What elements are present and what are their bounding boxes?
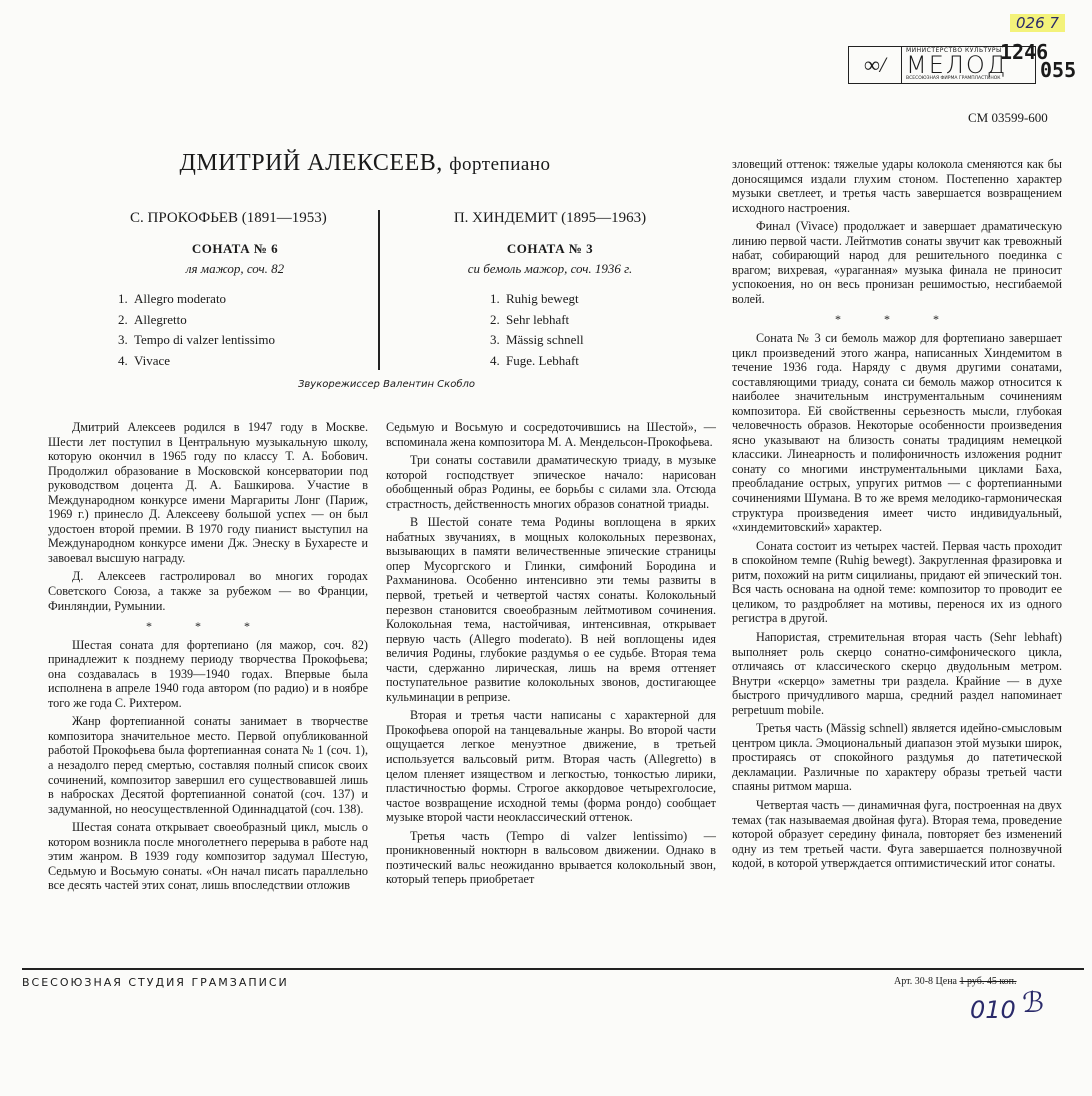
paragraph: Соната состоит из четырех частей. Первая… (732, 539, 1062, 626)
sonata-title: СОНАТА № 6 (100, 241, 370, 257)
paragraph: В Шестой сонате тема Родины воплощена в … (386, 515, 716, 704)
liner-notes-column-1: Дмитрий Алексеев родился в 1947 году в М… (48, 420, 368, 893)
section-separator: * * * (48, 619, 368, 634)
composer-heading: П. ХИНДЕМИТ (1895—1963) (395, 210, 705, 227)
paragraph: Напористая, стремительная вторая часть (… (732, 630, 1062, 717)
composer-heading: С. ПРОКОФЬЕВ (1891—1953) (100, 210, 370, 227)
melodiya-emblem-icon: ∞/ (849, 47, 902, 83)
paragraph: Третья часть (Mässig schnell) является и… (732, 721, 1062, 794)
paragraph: Финал (Vivace) продолжает и завершает др… (732, 219, 1062, 306)
price-line: Арт. 30-8 Цена 1 руб. 45 коп. (894, 976, 1017, 987)
paragraph: Седьмую и Восьмую и сосредоточившись на … (386, 420, 716, 449)
sonata-key: си бемоль мажор, соч. 1936 г. (395, 261, 705, 277)
movement-item: 1.Ruhig bewegt (490, 289, 705, 310)
paragraph: Вторая и третья части написаны с характе… (386, 708, 716, 824)
paragraph: Д. Алексеев гастролировал во многих горо… (48, 569, 368, 613)
price-crossed: 1 руб. 45 коп. (960, 976, 1017, 987)
performer-name: ДМИТРИЙ АЛЕКСЕЕВ, (180, 150, 443, 176)
liner-notes-column-2: Седьмую и Восьмую и сосредоточившись на … (386, 420, 716, 887)
section-separator: * * * (732, 312, 1062, 327)
movement-item: 4.Fuge. Lebhaft (490, 351, 705, 372)
paragraph: Шестая соната открывает своеобразный цик… (48, 820, 368, 893)
paragraph: Жанр фортепианной сонаты занимает в твор… (48, 714, 368, 816)
movement-item: 2.Allegretto (118, 310, 370, 331)
logo-company: ВСЕСОЮЗНАЯ ФИРМА ГРАМПЛАСТИНОК (906, 76, 1035, 81)
movement-item: 2.Sehr lebhaft (490, 310, 705, 331)
sonata-key: ля мажор, соч. 82 (100, 261, 370, 277)
paragraph: Шестая соната для фортепиано (ля мажор, … (48, 638, 368, 711)
record-serial: СМ 03599-600 (968, 110, 1048, 126)
movement-list: 1.Allegro moderato 2.Allegretto 3.Tempo … (118, 289, 370, 371)
program-prokofiev: С. ПРОКОФЬЕВ (1891—1953) СОНАТА № 6 ля м… (100, 210, 370, 371)
performer-instrument: фортепиано (449, 154, 550, 175)
footer-rule (22, 968, 1084, 970)
handwritten-price: 010 (970, 996, 1016, 1024)
paragraph: Третья часть (Tempo di valzer lentissimo… (386, 829, 716, 887)
movement-item: 4.Vivace (118, 351, 370, 372)
handwritten-inventory-text: 026 7 (1010, 14, 1065, 32)
paragraph: зловещий оттенок: тяжелые удары колокола… (732, 157, 1062, 215)
handwritten-initials: ℬ (1022, 986, 1044, 1019)
liner-notes-column-3: зловещий оттенок: тяжелые удары колокола… (732, 157, 1062, 871)
movement-list: 1.Ruhig bewegt 2.Sehr lebhaft 3.Mässig s… (490, 289, 705, 371)
paragraph: Дмитрий Алексеев родился в 1947 году в М… (48, 420, 368, 565)
sound-engineer-credit: Звукорежиссер Валентин Скобло (298, 379, 475, 390)
paragraph: Четвертая часть — динамичная фуга, постр… (732, 798, 1062, 871)
catalog-number-2: 055 (1040, 58, 1076, 82)
sonata-title: СОНАТА № 3 (395, 241, 705, 257)
movement-item: 1.Allegro moderato (118, 289, 370, 310)
price-label: Цена (936, 976, 957, 987)
handwritten-inventory-number: 026 7 (1010, 14, 1065, 32)
paragraph: Соната № 3 си бемоль мажор для фортепиан… (732, 331, 1062, 535)
movement-item: 3.Tempo di valzer lentissimo (118, 330, 370, 351)
article-code: Арт. 30-8 (894, 976, 933, 987)
page-title: ДМИТРИЙ АЛЕКСЕЕВ, фортепиано (0, 150, 730, 177)
program-divider (378, 210, 380, 370)
program-hindemith: П. ХИНДЕМИТ (1895—1963) СОНАТА № 3 си бе… (395, 210, 705, 371)
studio-name: ВСЕСОЮЗНАЯ СТУДИЯ ГРАМЗАПИСИ (22, 976, 289, 989)
movement-item: 3.Mässig schnell (490, 330, 705, 351)
paragraph: Три сонаты составили драматическую триад… (386, 453, 716, 511)
